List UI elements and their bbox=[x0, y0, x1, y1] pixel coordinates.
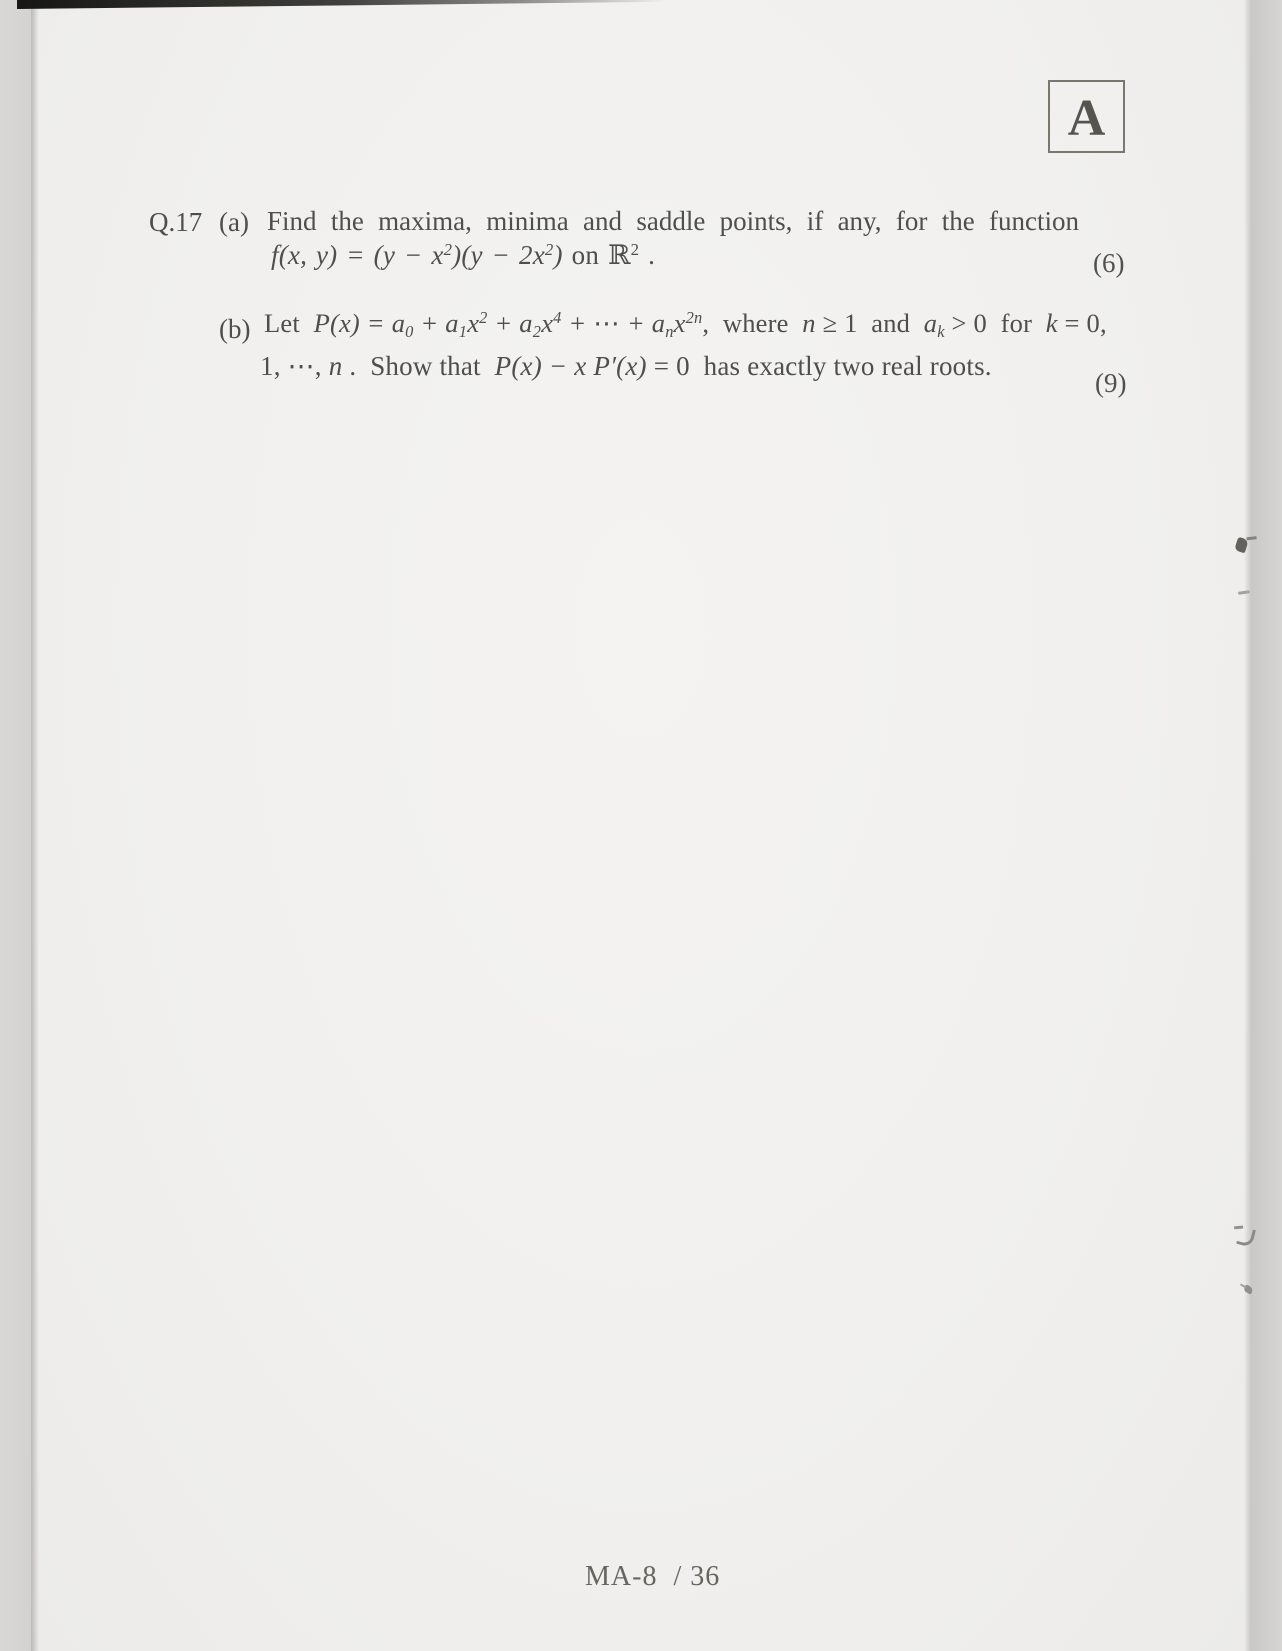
part-b-marks: (9) bbox=[1095, 366, 1126, 400]
scan-edge-right bbox=[1251, 0, 1282, 1651]
part-b-text-line1: Let P(x) = a0 + a1x2 + a2x4 + ⋯ + anx2n,… bbox=[264, 306, 1107, 344]
set-code-letter: A bbox=[1068, 93, 1106, 145]
page-footer-label: MA-8 / 36 bbox=[585, 1560, 720, 1594]
part-a-text: Find the maxima, minima and saddle point… bbox=[267, 204, 1079, 238]
part-a-formula: f(x, y) = (y − x2)(y − 2x2) on ℝ2 . bbox=[271, 238, 655, 276]
scan-edge-left bbox=[0, 0, 31, 1651]
paper-left-shadow bbox=[31, 0, 39, 1651]
part-b-text-line2: 1, ⋯, n . Show that P(x) − x P′(x) = 0 h… bbox=[260, 349, 992, 383]
scanned-exam-page: A Q.17 (a) Find the maxima, minima and s… bbox=[0, 0, 1282, 1651]
part-a-marks: (6) bbox=[1093, 246, 1124, 280]
part-b-label: (b) bbox=[219, 312, 250, 346]
set-code-box: A bbox=[1048, 80, 1125, 153]
question-number: Q.17 bbox=[149, 205, 202, 239]
part-a-label: (a) bbox=[219, 205, 249, 239]
paper-right-shadow bbox=[1244, 0, 1251, 1651]
